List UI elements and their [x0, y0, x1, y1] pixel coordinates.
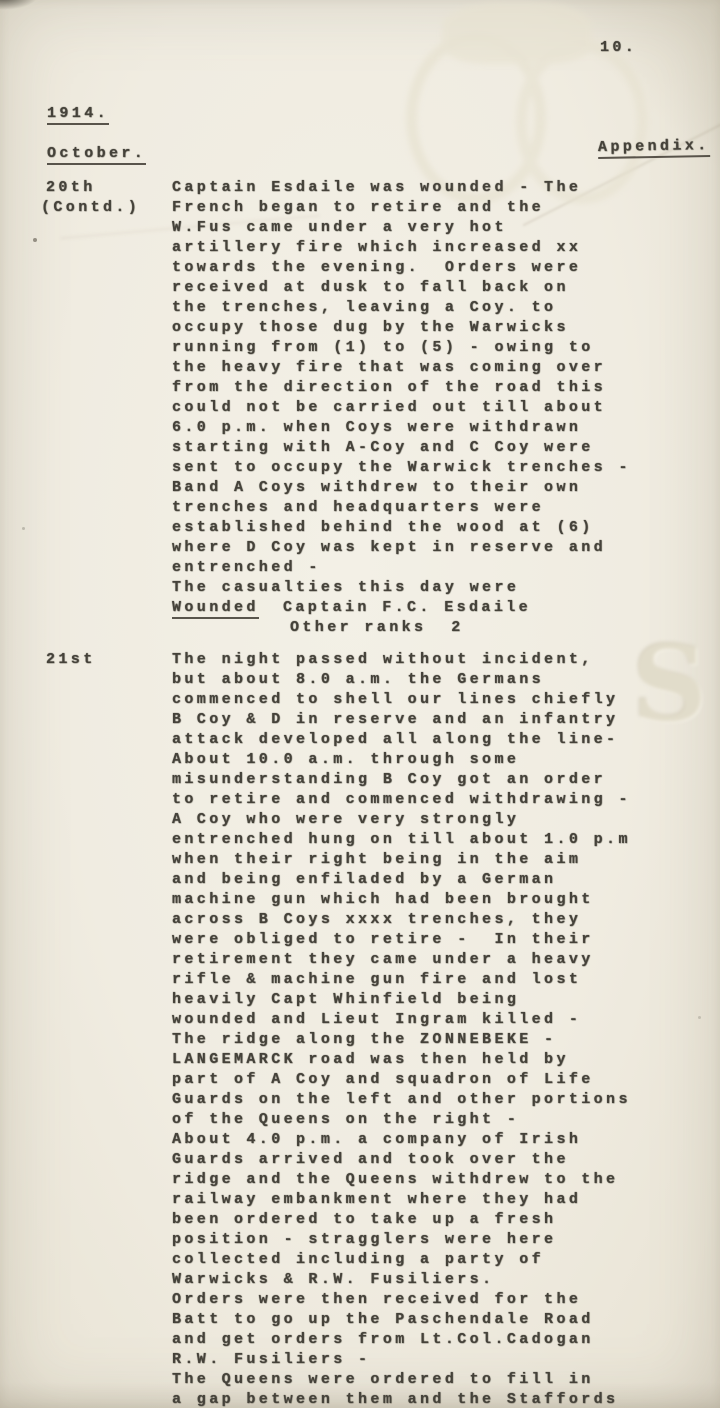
year-heading-text: 1914.: [47, 105, 109, 125]
diary-line: commenced to shell our lines chiefly: [172, 690, 696, 710]
diary-line: B Coy & D in reserve and an infantry: [172, 710, 696, 730]
diary-line: About 4.0 p.m. a company of Irish: [172, 1130, 696, 1150]
diary-line: R.W. Fusiliers -: [172, 1350, 696, 1370]
diary-line: trenches and headquarters were: [172, 498, 696, 518]
diary-line: Band A Coys withdrew to their own: [172, 478, 696, 498]
diary-line: misunderstanding B Coy got an order: [172, 770, 696, 790]
diary-line: occupy those dug by the Warwicks: [172, 318, 696, 338]
diary-line: French began to retire and the: [172, 198, 696, 218]
diary-line: The night passed without incident,: [172, 650, 696, 670]
diary-line: and being enfiladed by a German: [172, 870, 696, 890]
diary-line: been ordered to take up a fresh: [172, 1210, 696, 1230]
document-page: S 10. 1914. October. Appendix. 20th(Cont…: [0, 0, 720, 1408]
diary-line: were obliged to retire - In their: [172, 930, 696, 950]
diary-line: attack developed all along the line-: [172, 730, 696, 750]
diary-line: retirement they came under a heavy: [172, 950, 696, 970]
diary-line: LANGEMARCK road was then held by: [172, 1050, 696, 1070]
ink-speck: [33, 238, 37, 242]
diary-line: artillery fire which increased xx: [172, 238, 696, 258]
diary-line: of the Queens on the right -: [172, 1110, 696, 1130]
diary-line: The Queens were ordered to fill in: [172, 1370, 696, 1390]
diary-line: The casualties this day were: [172, 578, 696, 598]
diary-line: established behind the wood at (6): [172, 518, 696, 538]
month-heading: October.: [47, 144, 146, 164]
diary-line: collected including a party of: [172, 1250, 696, 1270]
diary-line: heavily Capt Whinfield being: [172, 990, 696, 1010]
diary-line: sent to occupy the Warwick trenches -: [172, 458, 696, 478]
diary-line: Guards arrived and took over the: [172, 1150, 696, 1170]
diary-line: across B Coys xxxx trenches, they: [172, 910, 696, 930]
paper-smudge: [0, 0, 38, 10]
ink-speck: [22, 527, 25, 530]
diary-line: ridge and the Queens withdrew to the: [172, 1170, 696, 1190]
appendix-heading-text: Appendix.: [598, 137, 710, 159]
diary-line: machine gun which had been brought: [172, 890, 696, 910]
diary-line: About 10.0 a.m. through some: [172, 750, 696, 770]
casualty-other-ranks: Other ranks 2: [290, 618, 696, 638]
diary-line: but about 8.0 a.m. the Germans: [172, 670, 696, 690]
diary-line: received at dusk to fall back on: [172, 278, 696, 298]
ink-speck: [698, 1016, 701, 1019]
entry-date-note: (Contd.): [41, 198, 172, 218]
diary-line: 6.0 p.m. when Coys were withdrawn: [172, 418, 696, 438]
diary-line: A Coy who were very strongly: [172, 810, 696, 830]
diary-line: The ridge along the ZONNEBEKE -: [172, 1030, 696, 1050]
diary-line: to retire and commenced withdrawing -: [172, 790, 696, 810]
diary-line: the trenches, leaving a Coy. to: [172, 298, 696, 318]
diary-line: Orders were then received for the: [172, 1290, 696, 1310]
diary-line: railway embankment where they had: [172, 1190, 696, 1210]
diary-line: when their right being in the aim: [172, 850, 696, 870]
diary-entry: 21stThe night passed without incident,bu…: [46, 650, 696, 1408]
diary-line: part of A Coy and squadron of Life: [172, 1070, 696, 1090]
entry-date-column: 20th(Contd.): [46, 178, 172, 218]
diary-line: towards the evening. Orders were: [172, 258, 696, 278]
diary-entry: 20th(Contd.)Captain Esdaile was wounded …: [46, 178, 696, 638]
month-heading-text: October.: [47, 145, 146, 165]
diary-line: running from (1) to (5) - owing to: [172, 338, 696, 358]
entry-body-column: Captain Esdaile was wounded - TheFrench …: [172, 178, 696, 638]
diary-line: could not be carried out till about: [172, 398, 696, 418]
entry-date-label: 21st: [46, 650, 172, 670]
diary-line: and get orders from Lt.Col.Cadogan: [172, 1330, 696, 1350]
casualty-label: Wounded: [172, 599, 259, 619]
appendix-heading: Appendix.: [598, 136, 710, 158]
casualty-line: WoundedCaptain F.C. Esdaile: [172, 598, 696, 618]
casualty-name: Captain F.C. Esdaile: [283, 598, 531, 618]
diary-line: W.Fus came under a very hot: [172, 218, 696, 238]
entry-date-label: 20th: [46, 178, 172, 198]
diary-line: the heavy fire that was coming over: [172, 358, 696, 378]
entry-body-column: The night passed without incident,but ab…: [172, 650, 696, 1408]
diary-line: where D Coy was kept in reserve and: [172, 538, 696, 558]
diary-line: from the direction of the road this: [172, 378, 696, 398]
diary-line: Batt to go up the Paschendale Road: [172, 1310, 696, 1330]
page-number: 10.: [600, 38, 637, 58]
diary-line: position - stragglers were here: [172, 1230, 696, 1250]
diary-line: starting with A-Coy and C Coy were: [172, 438, 696, 458]
diary-line: wounded and Lieut Ingram killed -: [172, 1010, 696, 1030]
diary-line: entrenched hung on till about 1.0 p.m: [172, 830, 696, 850]
year-heading: 1914.: [47, 104, 109, 124]
diary-line: Warwicks & R.W. Fusiliers.: [172, 1270, 696, 1290]
diary-line: Guards on the left and other portions: [172, 1090, 696, 1110]
entry-date-column: 21st: [46, 650, 172, 670]
diary-line: entrenched -: [172, 558, 696, 578]
diary-line: Captain Esdaile was wounded - The: [172, 178, 696, 198]
diary-entries: 20th(Contd.)Captain Esdaile was wounded …: [46, 178, 696, 1408]
diary-line: rifle & machine gun fire and lost: [172, 970, 696, 990]
diary-line: a gap between them and the Staffords: [172, 1390, 696, 1408]
